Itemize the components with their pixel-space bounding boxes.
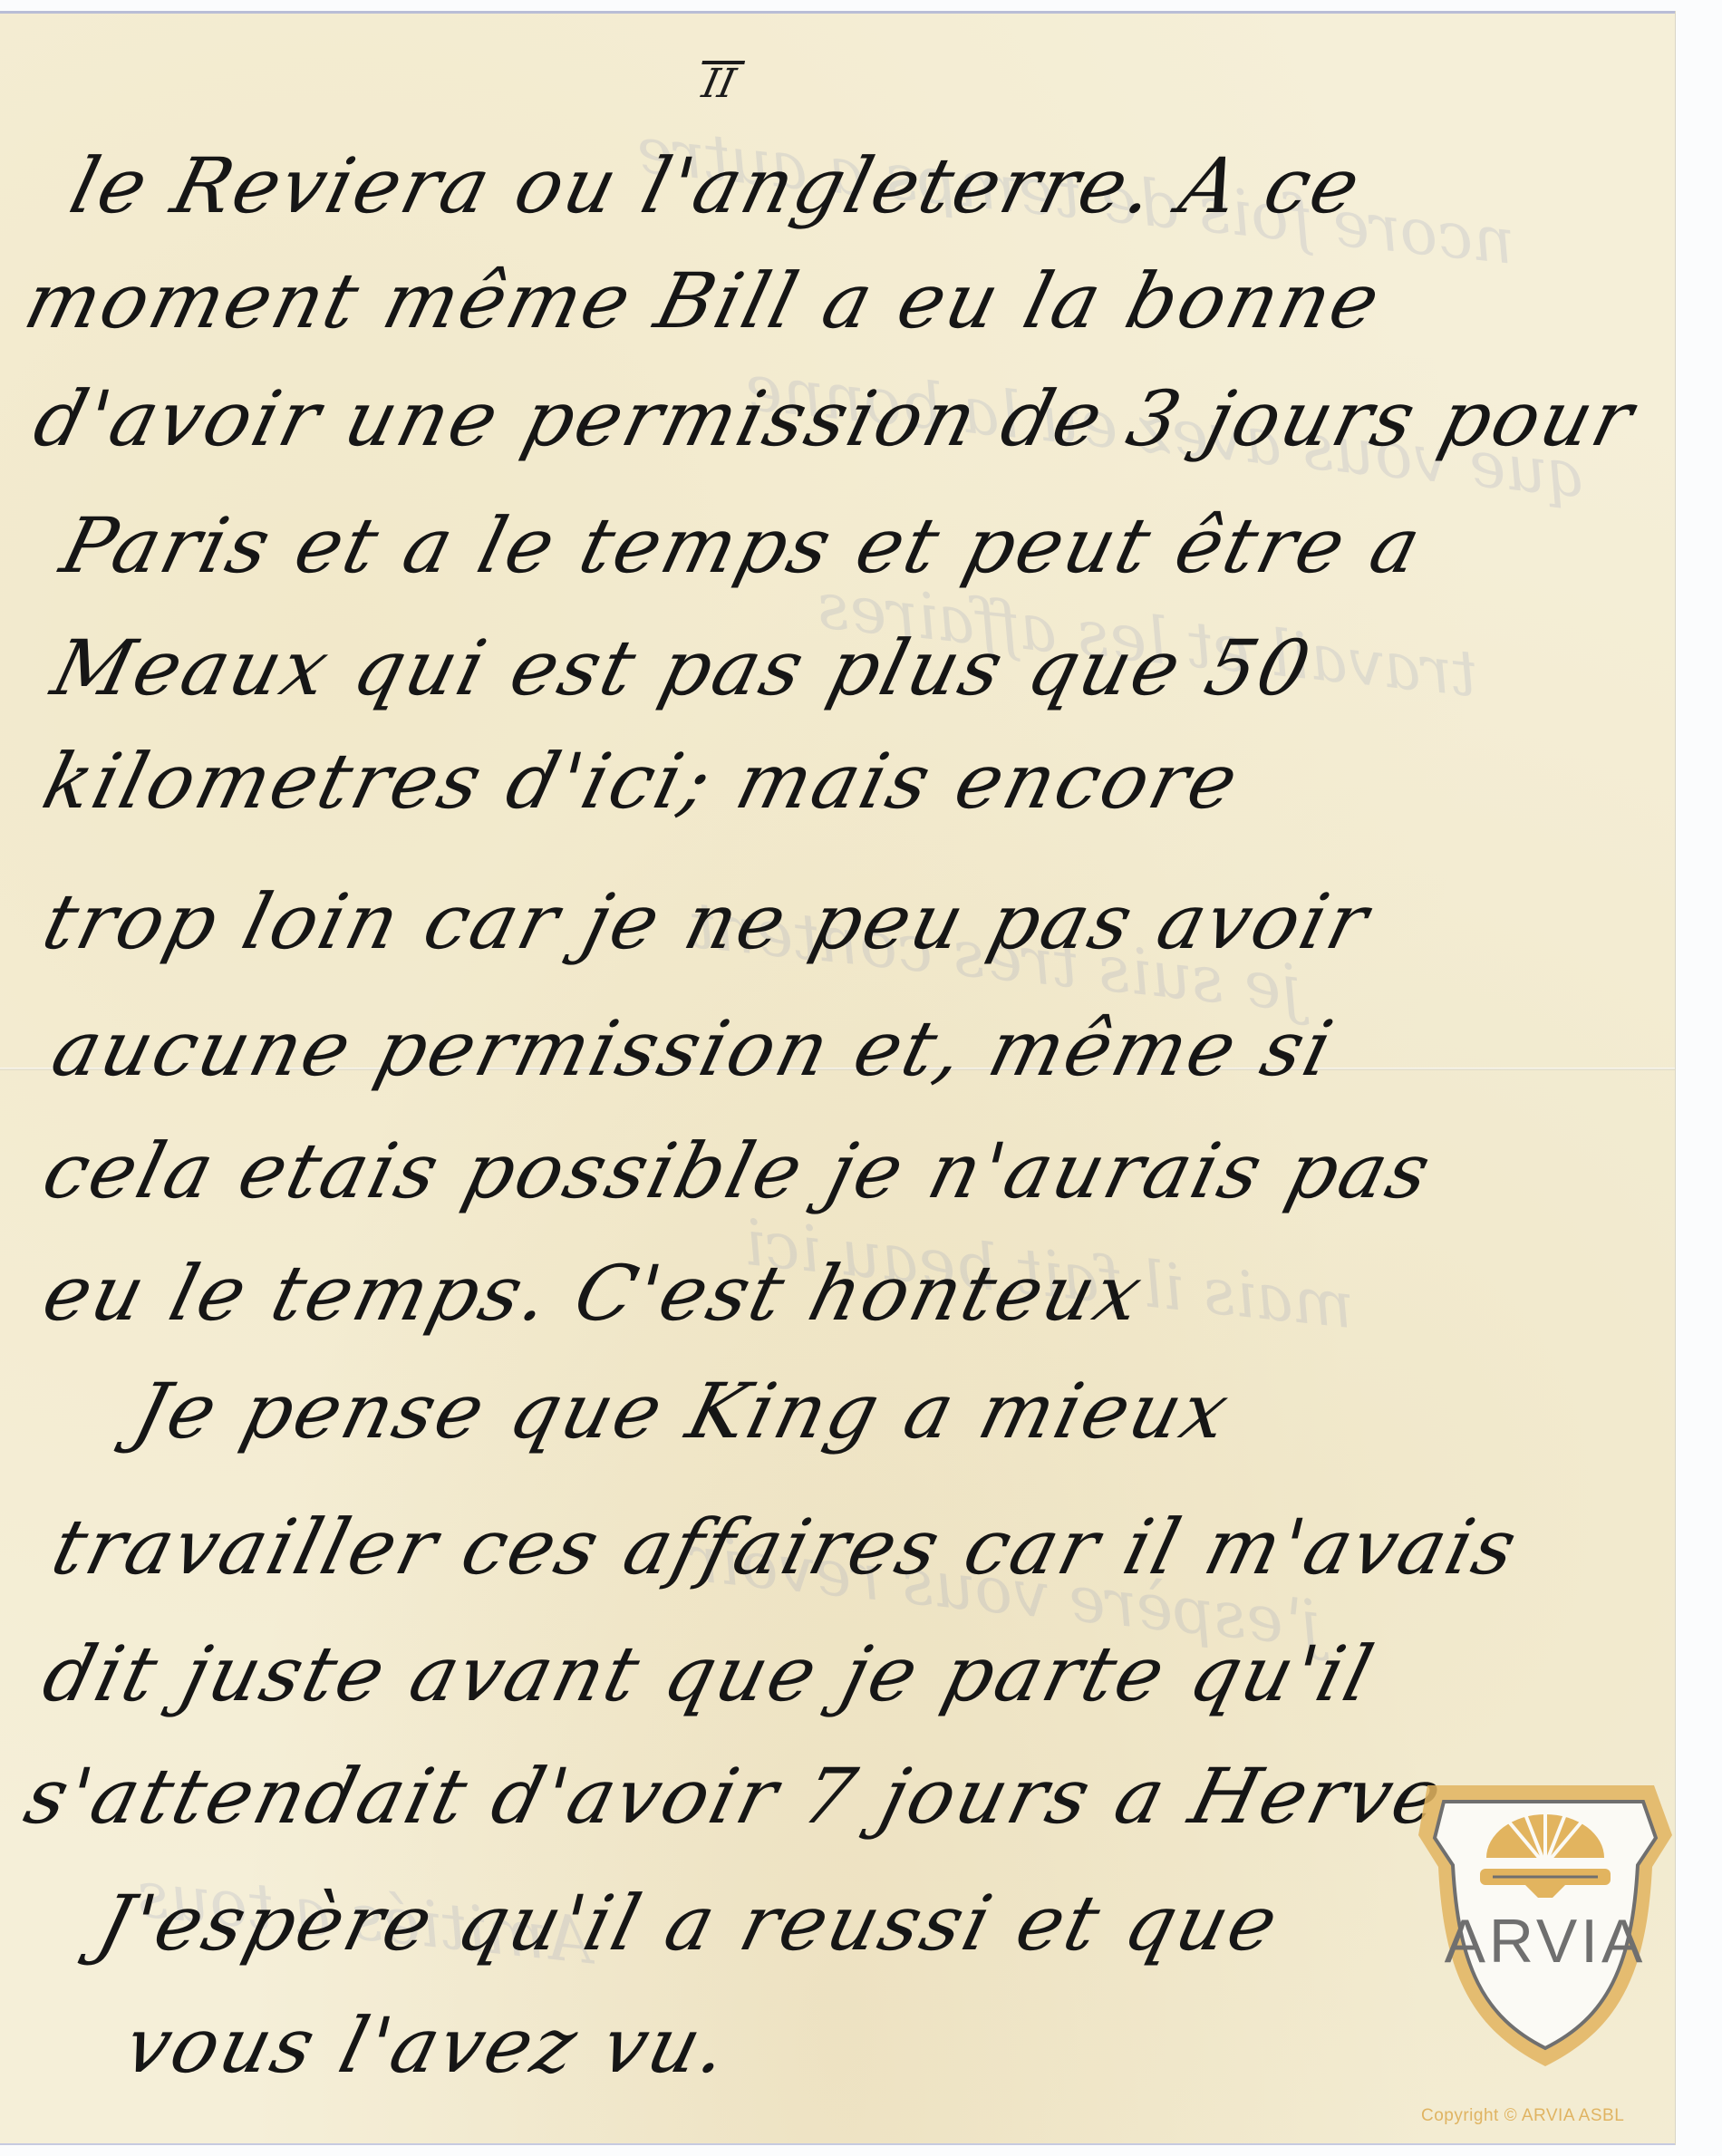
page-number: II	[693, 61, 745, 104]
copyright-notice: Copyright © ARVIA ASBL	[1421, 2106, 1624, 2126]
letter-line: Paris et a le temps et peut être a	[54, 508, 1430, 584]
arvia-logo-text: ARVIA	[1445, 1907, 1647, 1976]
letter-line: le Reviera ou l'angleterre. A ce	[63, 148, 1369, 224]
letter-line: eu le temps. C'est honteux	[36, 1255, 1151, 1331]
letter-line: kilometres d'ici; mais encore	[36, 743, 1247, 819]
letter-line: J'espère qu'il a reussi et que	[91, 1885, 1287, 1961]
letter-line: Meaux qui est pas plus que 50	[45, 630, 1320, 706]
letter-line: moment même Bill a eu la bonne	[18, 263, 1389, 339]
letter-line: d'avoir une permission de 3 jours pour	[27, 381, 1642, 457]
letter-line: aucune permission et, même si	[45, 1010, 1342, 1087]
letter-line: cela etais possible je n'aurais pas	[36, 1133, 1440, 1209]
letter-line: travailler ces affaires car il m'avais	[45, 1509, 1526, 1585]
letter-line: dit juste avant que je parte qu'il	[36, 1636, 1382, 1712]
letter-line: trop loin car je ne peu pas avoir	[36, 884, 1378, 960]
letter-line: s'attendait d'avoir 7 jours a Herve.	[18, 1758, 1478, 1834]
arvia-watermark-shield: ARVIA	[1409, 1749, 1681, 2093]
letter-line: vous l'avez vu.	[118, 2007, 738, 2083]
letter-line: Je pense que King a mieux	[127, 1373, 1238, 1449]
